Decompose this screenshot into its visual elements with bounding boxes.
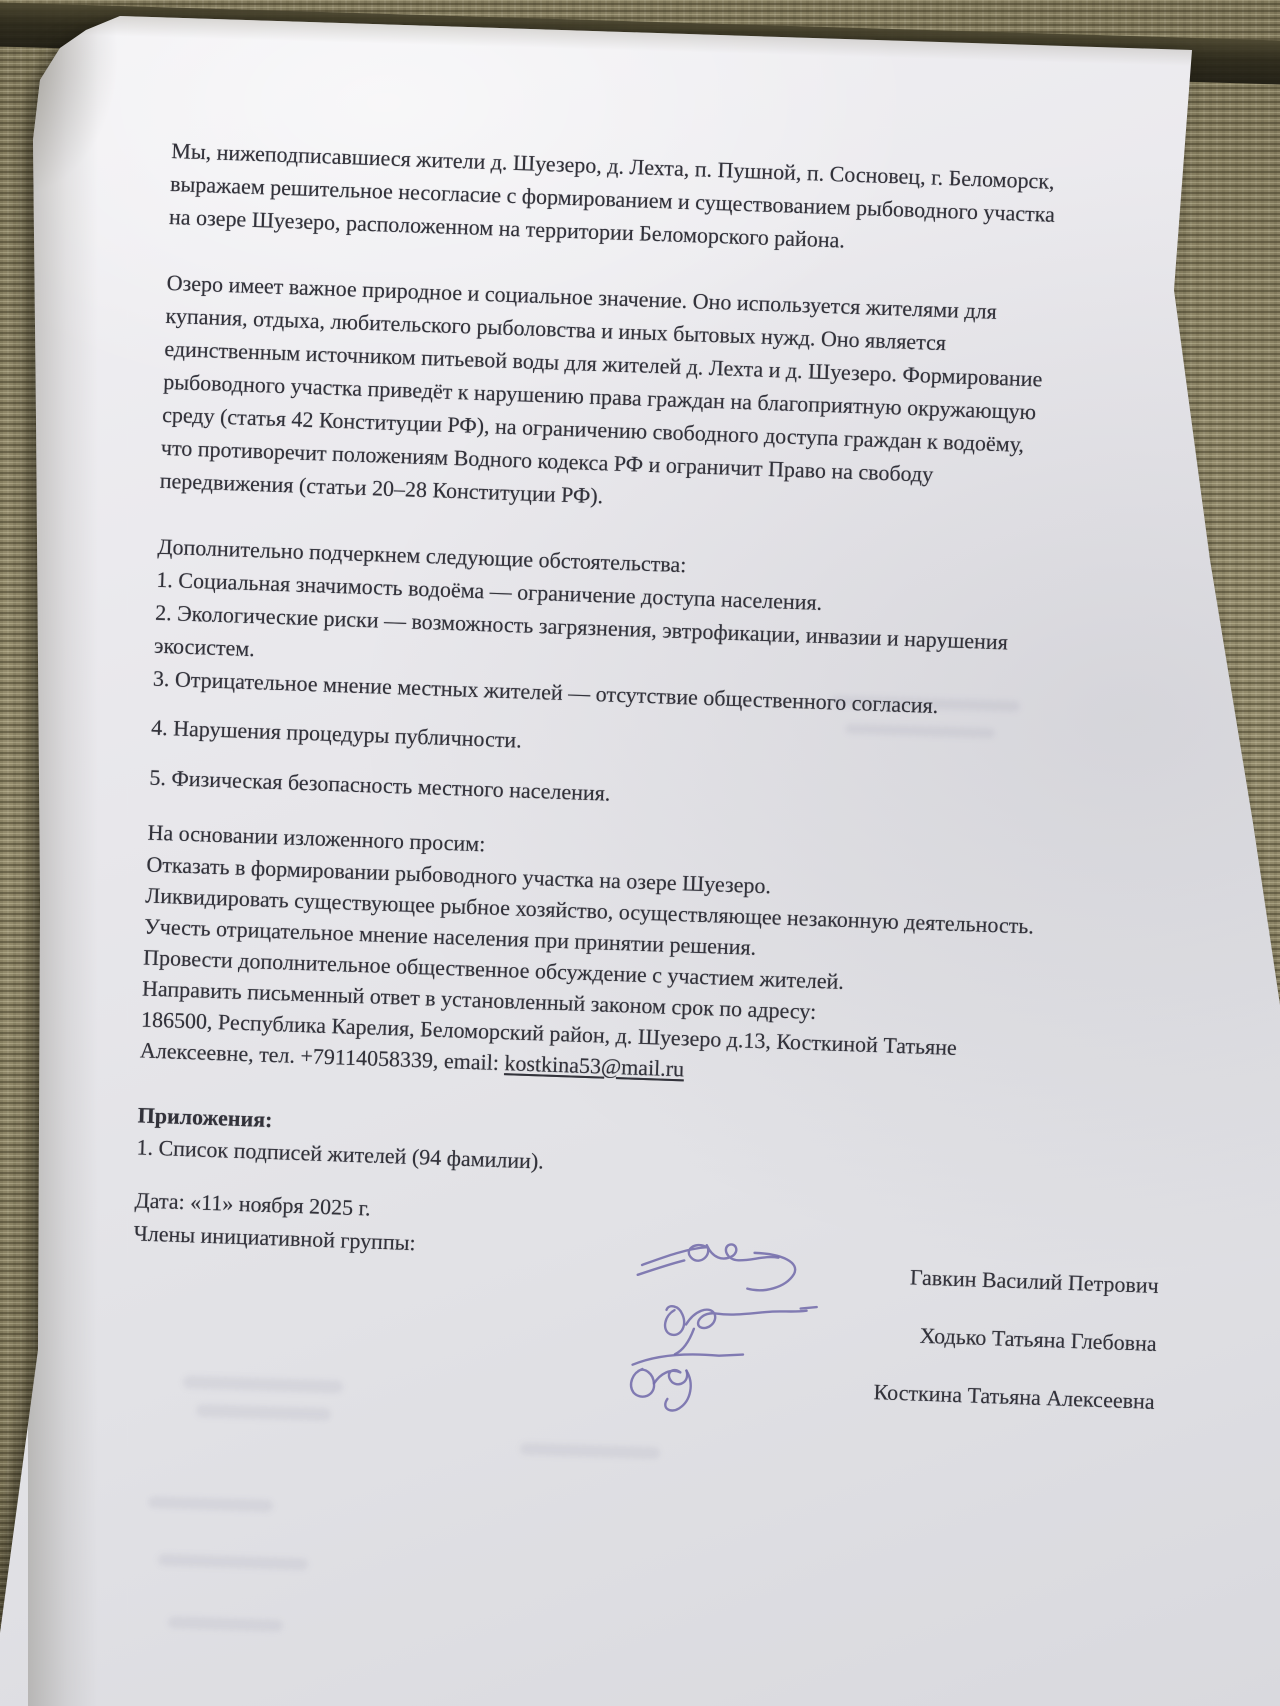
signatory-name: Косткина Татьяна Алексеевна <box>873 1379 1155 1415</box>
paper-sheet: Мы, нижеподписавшиеся жители д. Шуезеро,… <box>0 0 1280 1706</box>
paper-left-edge-shade <box>28 12 98 1706</box>
bleed-through-smudge <box>168 1616 283 1632</box>
contact-email: kostkina53@mail.ru <box>504 1050 685 1081</box>
bleed-through-smudge <box>196 1404 331 1421</box>
handwritten-signature-ink <box>625 1340 778 1425</box>
paper-sheet-wrap: Мы, нижеподписавшиеся жители д. Шуезеро,… <box>0 0 1280 1706</box>
bleed-through-smudge <box>183 1375 343 1393</box>
paper-corner-curl-shade <box>20 10 170 230</box>
signatures-block: Гавкин Василий Петрович Ходько Татьяна Г… <box>609 1238 1160 1431</box>
paper-top-edge-shade <box>39 8 1199 66</box>
document-body: Мы, нижеподписавшиеся жители д. Шуезеро,… <box>133 134 1071 1281</box>
bleed-through-smudge <box>520 1443 660 1459</box>
signatory-name: Ходько Татьяна Глебовна <box>919 1323 1157 1357</box>
photo-of-document: Мы, нижеподписавшиеся жители д. Шуезеро,… <box>0 0 1280 1706</box>
bleed-through-smudge <box>158 1554 308 1571</box>
bleed-through-smudge <box>148 1496 273 1512</box>
signatory-name: Гавкин Василий Петрович <box>910 1264 1160 1299</box>
